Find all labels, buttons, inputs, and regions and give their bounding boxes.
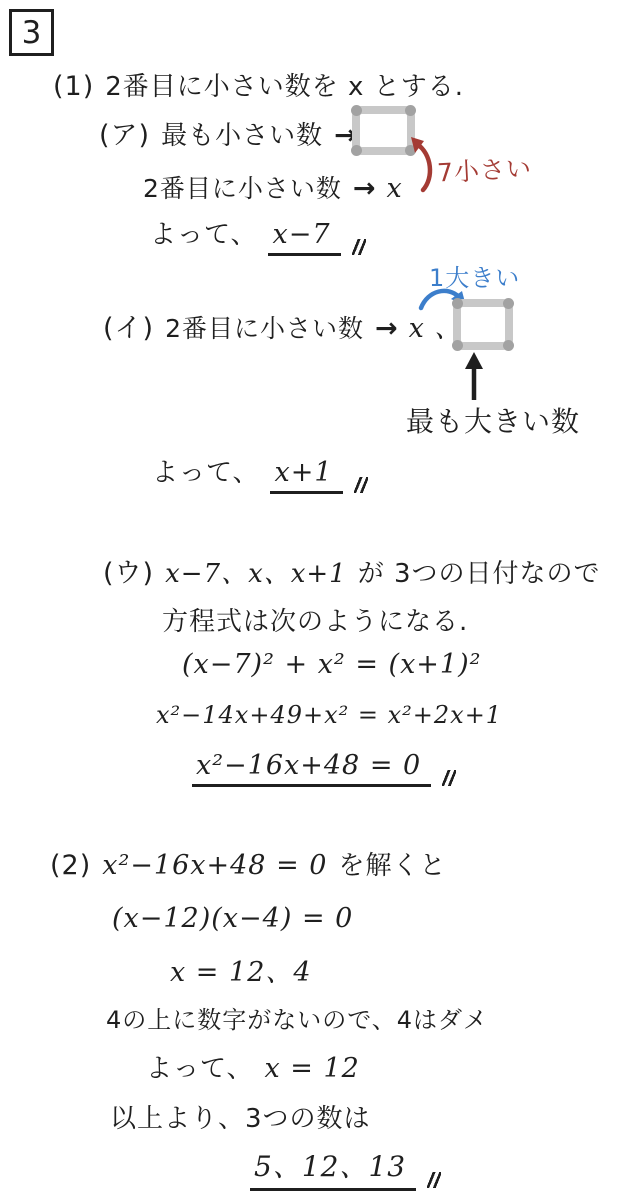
box-corner-dot xyxy=(351,145,362,156)
sub-a-second-label: 2番目に小さい数 xyxy=(143,169,342,205)
sub-i-largest-caption: 最も大きい数 xyxy=(406,400,580,440)
sub-a-line1: (ア) 最も小さい数 → xyxy=(99,113,357,152)
box-corner-dot xyxy=(405,105,416,116)
part2-final-intro-text: 以上より、3つの数は xyxy=(110,1098,371,1135)
answer-box-largest xyxy=(453,299,513,350)
sub-a-conclusion: よって、 x−7 xyxy=(150,214,366,256)
sub-a-label: (ア) xyxy=(99,113,150,152)
part2-label: (2) xyxy=(50,850,91,881)
sub-u-eq1: (x−7)² + x² = (x+1)² xyxy=(182,649,481,680)
up-arrow-icon xyxy=(461,352,487,402)
sub-u-line2: 方程式は次のようになる. xyxy=(162,601,468,638)
handwritten-math-worksheet: { "colors": { "ink": "#1f1f1f", "red": "… xyxy=(0,0,641,1200)
box-corner-dot xyxy=(503,298,514,309)
problem-number-box: 3 xyxy=(9,9,54,56)
part2-eq2: x = 12、4 xyxy=(170,950,312,989)
part1-heading: (1) 2番目に小さい数を x とする. xyxy=(53,66,464,103)
ditto-mark xyxy=(442,770,456,786)
sub-i-label: (イ) xyxy=(103,306,154,345)
ditto-mark xyxy=(352,239,366,255)
part1-intro-text: 2番目に小さい数を x とする. xyxy=(105,66,464,103)
largest-caption-line: 最も大きい数 xyxy=(406,400,580,440)
part2-conclusion: よって、 x = 12 xyxy=(146,1048,360,1085)
box-corner-dot xyxy=(452,298,463,309)
part2-eq1: (x−12)(x−4) = 0 xyxy=(112,903,353,934)
sub-u-line2-text: 方程式は次のようになる. xyxy=(162,601,468,638)
part1-label: (1) xyxy=(53,71,94,102)
sub-u-eq1-text: (x−7)² + x² = (x+1)² xyxy=(182,649,481,680)
sub-a-smallest-label: 最も小さい数 xyxy=(161,115,323,152)
part2-conclusion-value: x = 12 xyxy=(264,1053,359,1084)
sub-u-conclusion: x²−16x+48 = 0 xyxy=(192,750,456,787)
therefore-text: よって、 xyxy=(150,214,257,251)
sub-u-eq2: x²−14x+49+x² = x²+2x+1 xyxy=(156,701,502,729)
part2-line1-suffix: を解くと xyxy=(338,845,446,882)
sub-u-line1-eq: x−7、x、x+1 xyxy=(165,553,347,590)
part2-note: 4の上に数字がないので、4はダメ xyxy=(106,1000,488,1035)
sub-a-second-value: x xyxy=(387,173,403,204)
part2-final-answer: 5、12、13 xyxy=(250,1145,416,1191)
therefore-text: よって、 xyxy=(152,452,259,489)
sub-a-line2: 2番目に小さい数 → x xyxy=(143,169,403,205)
sub-i-line1: (イ) 2番目に小さい数 → x 、 xyxy=(103,306,462,345)
sub-u-label: (ウ) xyxy=(103,551,154,590)
part2-eq2-text: x = 12、4 xyxy=(170,950,312,989)
right-arrow-icon: → xyxy=(375,313,398,344)
box-corner-dot xyxy=(452,340,463,351)
part2-final-intro: 以上より、3つの数は xyxy=(110,1098,371,1135)
ditto-mark xyxy=(427,1172,441,1188)
part2-heading: (2) x²−16x+48 = 0 を解くと xyxy=(50,845,446,882)
problem-number: 3 xyxy=(22,15,42,51)
part2-final-answer-line: 5、12、13 xyxy=(250,1145,441,1191)
sub-u-line1-suffix: が 3つの日付なので xyxy=(358,553,601,590)
sub-i-second-label: 2番目に小さい数 xyxy=(165,309,364,345)
therefore-text: よって、 xyxy=(146,1048,253,1085)
part2-line1-eq: x²−16x+48 = 0 xyxy=(102,850,327,881)
part2-eq1-text: (x−12)(x−4) = 0 xyxy=(112,903,353,934)
sub-i-answer: x+1 xyxy=(270,457,342,494)
right-arrow-icon: → xyxy=(353,173,376,204)
sub-a-answer: x−7 xyxy=(268,219,340,256)
box-corner-dot xyxy=(503,340,514,351)
sub-u-line1: (ウ) x−7、x、x+1 が 3つの日付なので xyxy=(103,551,601,590)
curved-arrow-red-icon xyxy=(406,136,438,194)
ditto-mark xyxy=(354,477,368,493)
sub-u-eq2-text: x²−14x+49+x² = x²+2x+1 xyxy=(156,701,502,729)
note-7-smaller: 7小さい xyxy=(436,149,533,190)
box-corner-dot xyxy=(351,105,362,116)
part2-note-text: 4の上に数字がないので、4はダメ xyxy=(106,1000,488,1035)
sub-u-answer: x²−16x+48 = 0 xyxy=(192,750,431,787)
sub-i-conclusion: よって、 x+1 xyxy=(152,452,368,494)
